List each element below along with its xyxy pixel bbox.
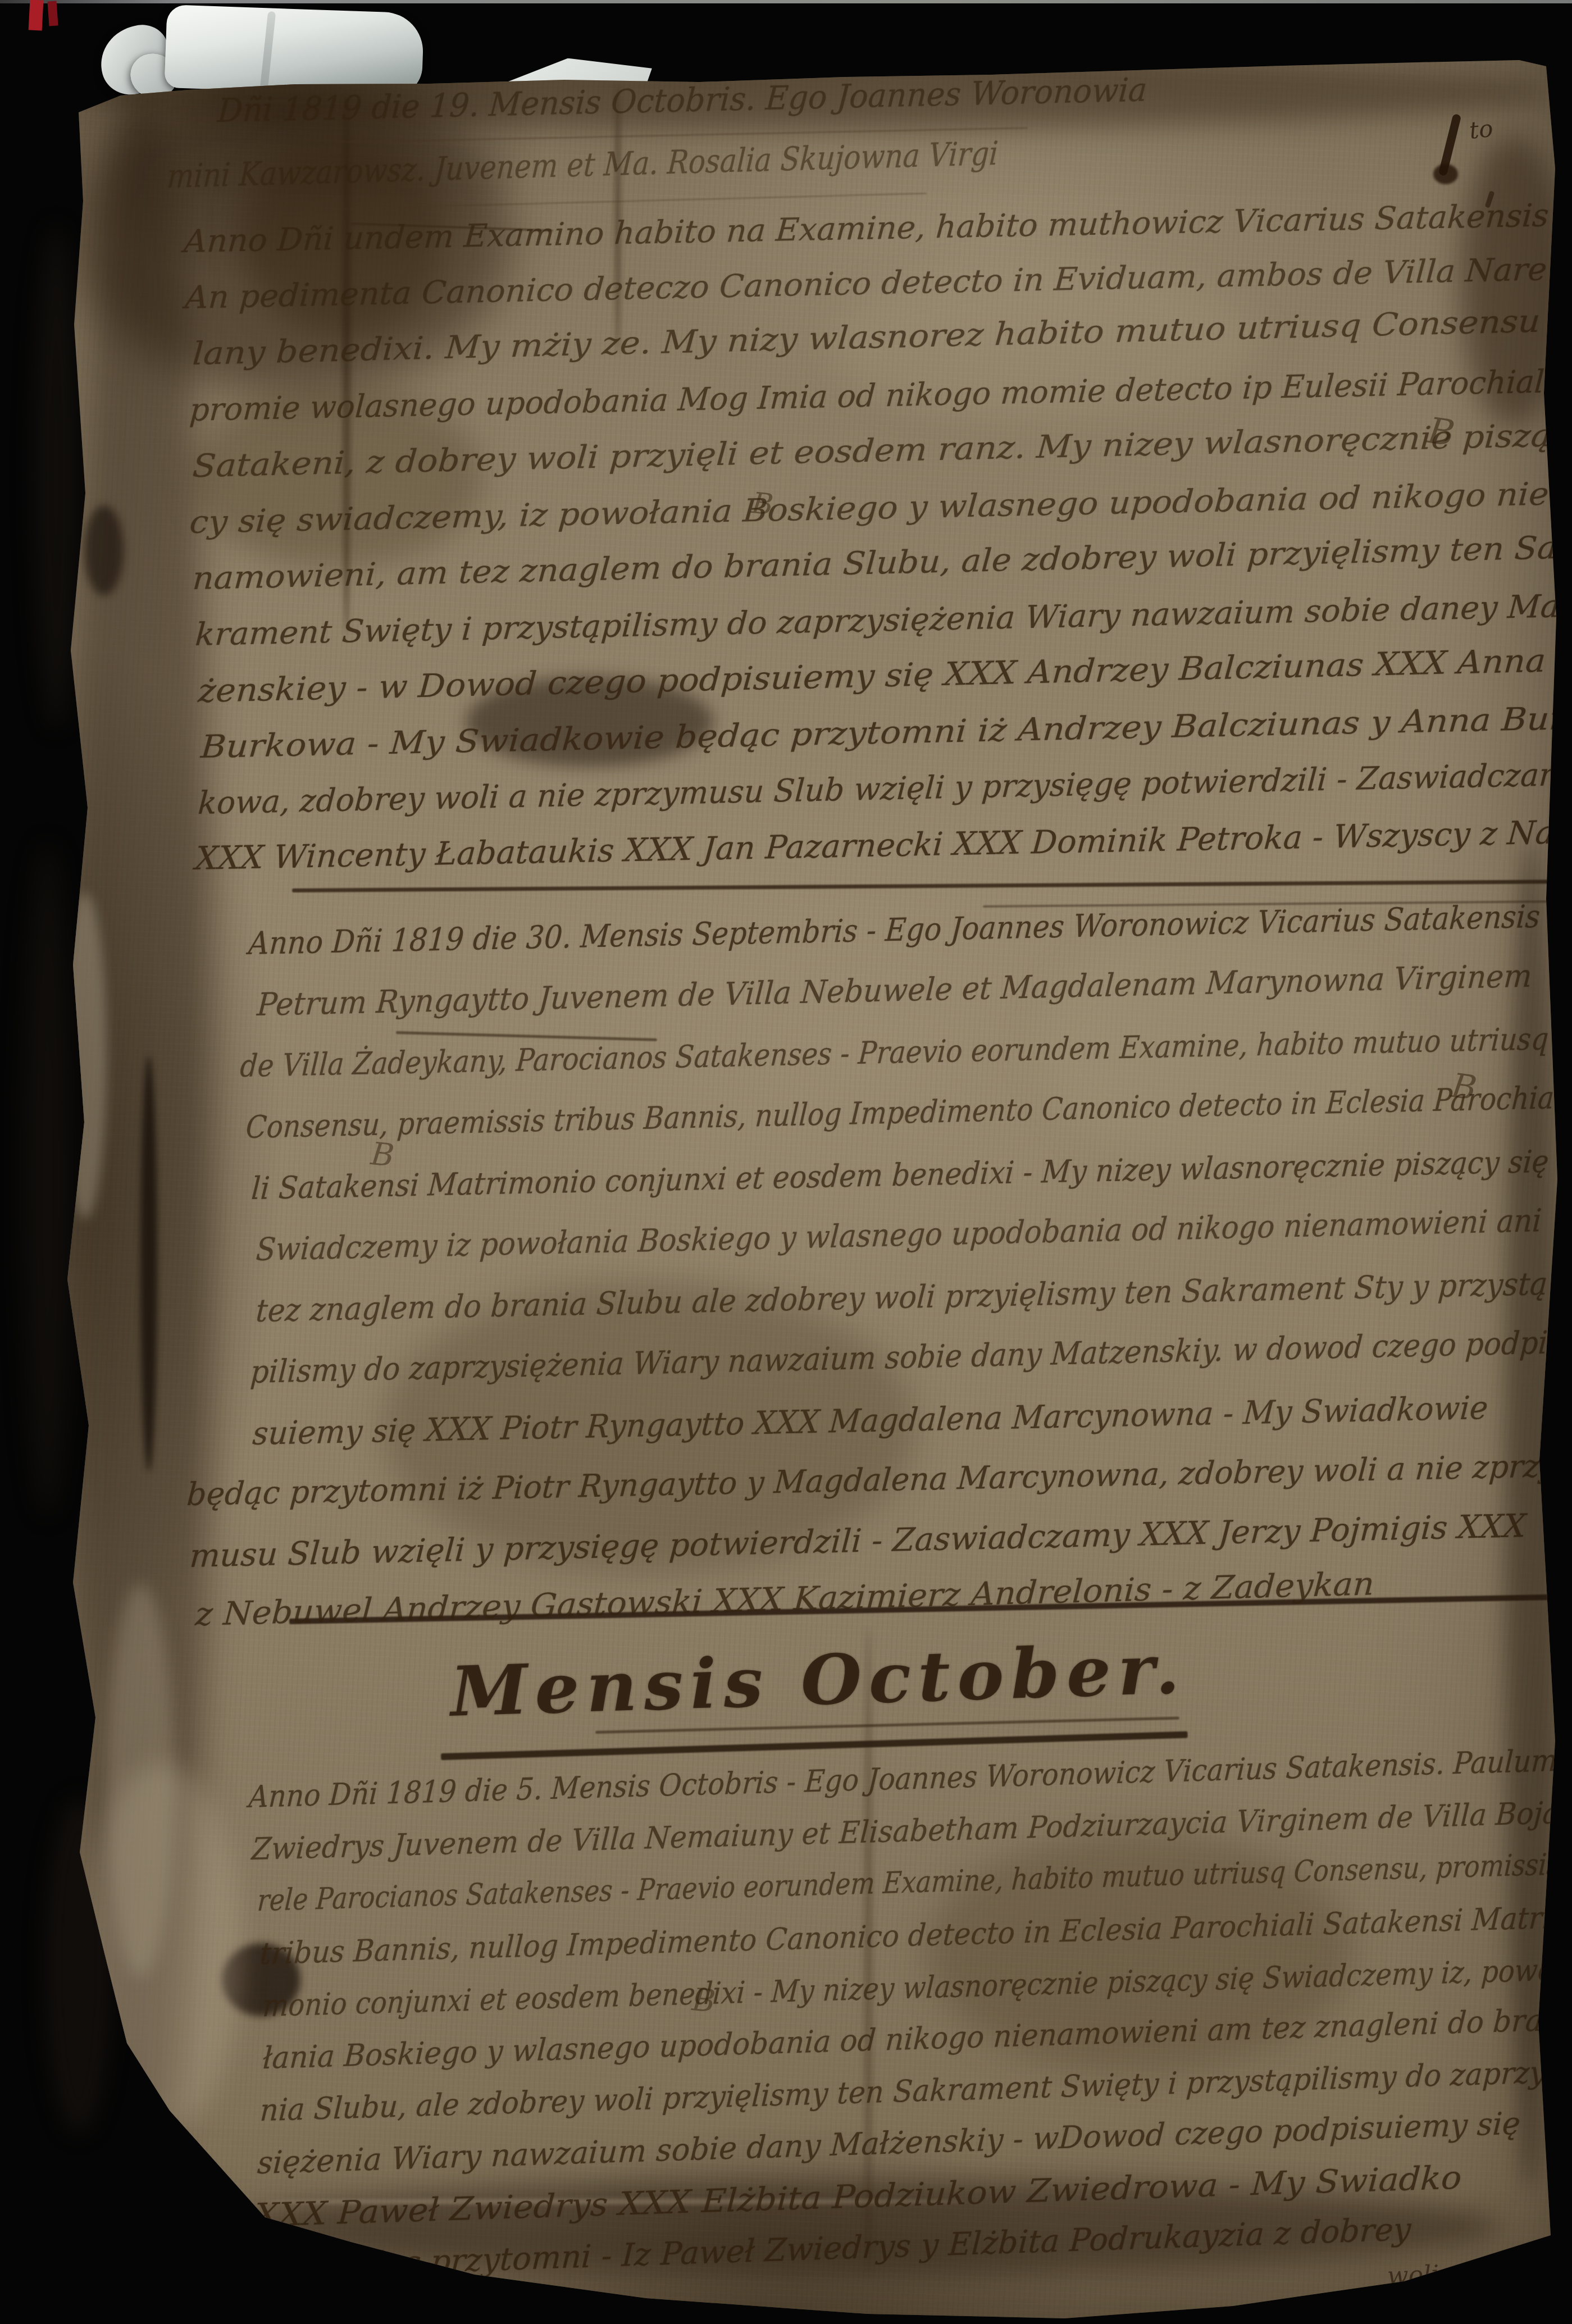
red-edge-mark [29, 0, 44, 31]
page-vignette [0, 0, 1572, 2324]
manuscript-page: Dñi 1819 die 19. Mensis Octobris. Ego Jo… [0, 0, 1572, 2324]
scanner-edge-strip [0, 0, 1572, 3]
binding-fringe [22, 842, 73, 1516]
scanned-manuscript-stage: Dñi 1819 die 19. Mensis Octobris. Ego Jo… [0, 0, 1572, 2324]
red-edge-mark [47, 1, 58, 26]
paper-fragment-tube [165, 4, 425, 97]
